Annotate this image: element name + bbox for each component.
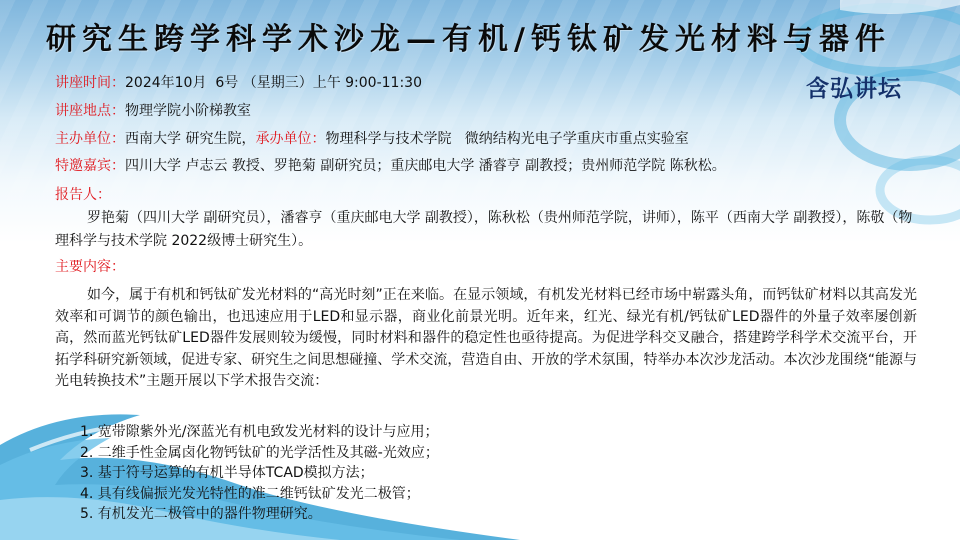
guests-label: 特邀嘉宾： (55, 158, 125, 174)
time-label: 讲座时间： (55, 75, 125, 91)
content-label: 主要内容： (55, 259, 125, 275)
speakers-label: 报告人： (55, 187, 111, 203)
organizer-label: 承办单位： (255, 131, 325, 147)
host-label: 主办单位： (55, 131, 125, 147)
page-title: 研究生跨学科学术沙龙—有机/钙钛矿发光材料与器件 (46, 14, 946, 58)
info-time: 讲座时间：2024年10月 6号 （星期三）上午 9:00-11:30 (55, 74, 422, 92)
content-paragraph: 如今，属于有机和钙钛矿发光材料的“高光时刻”正在来临。在显示领域，有机发光材料已… (55, 285, 917, 393)
topic-list: 1. 宽带隙紫外光/深蓝光有机电致发光材料的设计与应用； 2. 二维手性金属卤化… (80, 422, 439, 525)
speakers-heading: 报告人： (55, 186, 111, 204)
venue-label: 讲座地点： (55, 103, 125, 119)
info-host: 主办单位：西南大学 研究生院，承办单位：物理科学与技术学院 微纳结构光电子学重庆… (55, 130, 689, 148)
info-guests: 特邀嘉宾：四川大学 卢志云 教授、罗艳菊 副研究员；重庆邮电大学 潘睿亨 副教授… (55, 157, 726, 175)
topic-item: 4. 具有线偏振光发光特性的准二维钙钛矿发光二极管； (80, 484, 439, 505)
time-value: 2024年10月 6号 （星期三）上午 9:00-11:30 (125, 75, 422, 91)
topic-item: 3. 基于符号运算的有机半导体TCAD模拟方法； (80, 463, 439, 484)
organizer-value: 物理科学与技术学院 微纳结构光电子学重庆市重点实验室 (325, 131, 688, 147)
venue-value: 物理学院小阶梯教室 (125, 103, 251, 119)
brand-logo-text: 含弘讲坛 (806, 70, 902, 103)
topic-item: 2. 二维手性金属卤化物钙钛矿的光学活性及其磁-光效应； (80, 443, 439, 464)
guests-value: 四川大学 卢志云 教授、罗艳菊 副研究员；重庆邮电大学 潘睿亨 副教授；贵州师范… (125, 158, 726, 174)
speakers-text: 罗艳菊（四川大学 副研究员），潘睿亨（重庆邮电大学 副教授），陈秋松（贵州师范学… (55, 207, 915, 253)
content-heading: 主要内容： (55, 258, 125, 276)
topic-item: 1. 宽带隙紫外光/深蓝光有机电致发光材料的设计与应用； (80, 422, 439, 443)
host-value: 西南大学 研究生院， (125, 131, 255, 147)
info-venue: 讲座地点：物理学院小阶梯教室 (55, 102, 251, 120)
topic-item: 5. 有机发光二极管中的器件物理研究。 (80, 504, 439, 525)
